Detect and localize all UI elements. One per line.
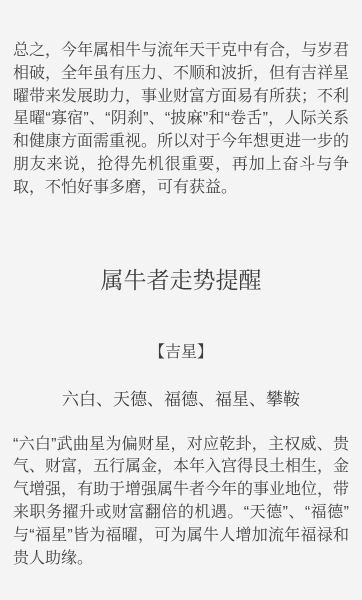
section-heading: 属牛者走势提醒 bbox=[13, 264, 349, 296]
intro-paragraph: 总之，今年属相牛与流年天干克中有合，与岁君相破，全年虽有压力、不顺和波折，但有吉… bbox=[13, 40, 349, 200]
lucky-stars-label: 【吉星】 bbox=[13, 341, 349, 364]
lucky-stars-list: 六白、天德、福德、福星、攀鞍 bbox=[13, 388, 349, 412]
lucky-stars-description: “六白”武曲星为偏财星，对应乾卦，主权威、贵气、财富，五行属金，本年入宫得艮土相… bbox=[13, 434, 349, 571]
article-page: 总之，今年属相牛与流年天干克中有合，与岁君相破，全年虽有压力、不顺和波折，但有吉… bbox=[0, 0, 362, 600]
